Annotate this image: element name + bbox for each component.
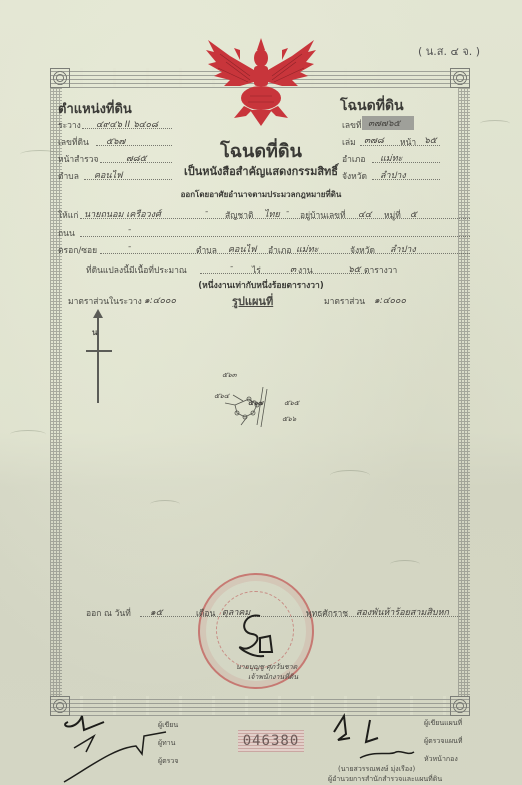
road-value: - (128, 225, 131, 235)
corner-ornament-icon (50, 68, 70, 88)
area-wa-label: ตารางวา (364, 263, 397, 277)
signature-map-officials (330, 712, 430, 768)
parcel-map-sketch (205, 375, 295, 445)
parcel-label: ๕๖๖ (282, 414, 296, 425)
scale-right-value: ๑:๔๐๐๐ (374, 293, 406, 307)
area-rai-value: - (230, 262, 233, 272)
moo-value: ๕ (410, 207, 417, 221)
official-title: เจ้าพนักงานที่ดิน (248, 672, 298, 683)
soi-value: - (128, 242, 131, 252)
scale-right-label: มาตราส่วน (324, 294, 365, 308)
map-writer-label: ผู้เขียนแผนที่ (424, 718, 462, 729)
inspector-label: ผู้ตรวจ (158, 756, 178, 767)
scale-left-label: มาตราส่วนในระวาง (68, 294, 142, 308)
owner-amphoe-label: อำเภอ (268, 243, 292, 257)
parcel-label: ๕๖๓ (222, 370, 237, 381)
document-title: โฉนดที่ดิน (0, 136, 522, 165)
day-value: ๑๕ (150, 605, 163, 619)
deed-number-label: เลขที่ (342, 118, 362, 132)
area-note: (หนึ่งงานเท่ากับหนึ่งร้อยตารางวา) (0, 278, 522, 292)
parcel-label: ๕๖๕ (284, 398, 299, 409)
area-rai-label: ไร่ (252, 263, 261, 277)
nationality-value: ไทย (264, 207, 280, 221)
house-no-label: อยู่บ้านเลขที่ (300, 208, 346, 222)
year-value: สองพันห้าร้อยสามสิบหก (356, 605, 449, 619)
year-label: พุทธศักราช (306, 606, 348, 620)
area-wa-value: ๖๕ (348, 262, 361, 276)
document-subtitle: เป็นหนังสือสำคัญแสดงกรรมสิทธิ์ (0, 162, 522, 180)
parcel-label: ๕๖๔ (214, 391, 229, 402)
house-no-value: ๔๔ (358, 207, 372, 221)
owner-province-label: จังหวัด (350, 243, 375, 257)
owner-dash: - (205, 207, 208, 217)
serial-number: 046380 (238, 730, 304, 752)
area-ngan-label: งาน (298, 263, 313, 277)
official-signature (230, 612, 280, 664)
north-label: น (92, 326, 97, 339)
deed-number-value: ๓๗๗๖๕ (362, 116, 414, 130)
road-label: ถนน (58, 226, 75, 240)
given-on-label: ออก ณ วันที่ (86, 606, 131, 620)
corner-ornament-icon (450, 68, 470, 88)
corner-ornament-icon (450, 696, 470, 716)
issued-by-text: ออกโดยอาศัยอำนาจตามประมวลกฎหมายที่ดิน (0, 188, 522, 201)
writer-label: ผู้เขียน (158, 720, 178, 731)
form-code: ( น.ส. ๔ จ. ) (418, 42, 480, 60)
soi-label: ตรอก/ซอย (58, 243, 97, 257)
map-heading: รูปแผนที่ (232, 292, 273, 310)
owner-tambon-label: ตำบล (196, 243, 217, 257)
month-label: เดือน (196, 606, 215, 620)
area-label: ที่ดินแปลงนี้มีเนื้อที่ประมาณ (86, 263, 187, 277)
paper-fiber (10, 430, 46, 439)
parcel-label-current: ๕๖๗ (248, 398, 263, 409)
rawang-label: ระวาง (58, 118, 81, 132)
garuda-emblem-icon (200, 36, 322, 128)
owner-tambon-value: คอนไฟ (228, 242, 256, 256)
checker-label: ผู้ทาน (158, 738, 175, 749)
director-printed-title: ผู้อำนวยการสำนักสำรวจและแผนที่ดิน (328, 774, 442, 785)
nationality-label: สัญชาติ (225, 208, 254, 222)
issued-to-label: ให้แก่ (58, 208, 78, 222)
owner-province-value: ลำปาง (390, 242, 416, 256)
chief-label: หัวหน้ากอง (424, 754, 458, 765)
field-line (80, 236, 470, 237)
rawang-value: ๔๙๔๖ II ๖๔๐๘ (96, 117, 158, 131)
land-location-heading: ตำแหน่งที่ดิน (58, 98, 132, 119)
moo-label: หมู่ที่ (384, 208, 401, 222)
owner-dash: - (286, 207, 289, 217)
area-ngan-value: ๓ (290, 262, 296, 276)
paper-fiber (480, 120, 510, 127)
map-checker-label: ผู้ตรวจแผนที่ (424, 736, 462, 747)
owner-amphoe-value: แม่ทะ (296, 242, 319, 256)
deed-heading: โฉนดที่ดิน (340, 95, 404, 117)
owner-name: นายถนอม เครือวงศ์ (84, 207, 161, 221)
field-line (200, 273, 370, 274)
scale-left-value: ๑:๔๐๐๐ (144, 293, 176, 307)
north-arrow-crossbar (86, 350, 112, 352)
